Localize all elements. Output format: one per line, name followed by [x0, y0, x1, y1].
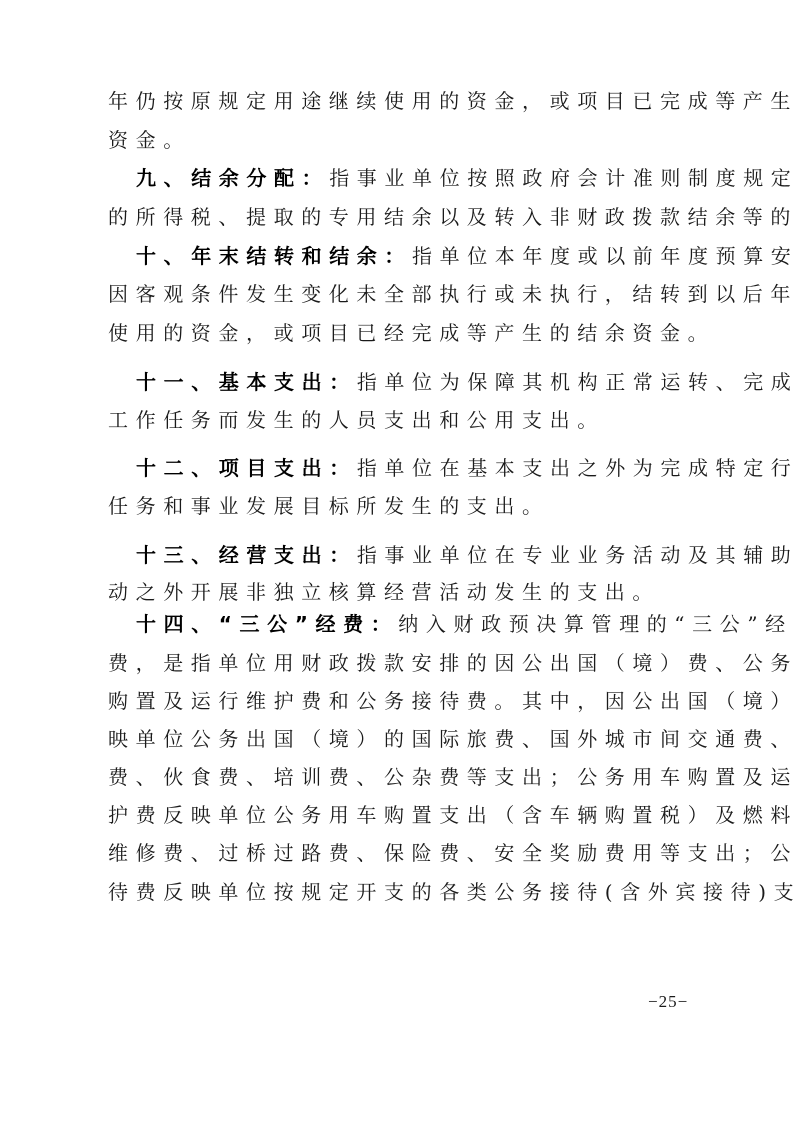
line-text: 年仍按原规定用途继续使用的资金，或项目已完成等产生的结余 [108, 89, 793, 113]
line-text: 资金。 [108, 128, 191, 152]
line-text: 待费反映单位按规定开支的各类公务接待(含外宾接待)支出。 [108, 880, 793, 904]
line-text: 纳入财政预决算管理的“三公”经 [398, 612, 792, 636]
line-text: 动之外开展非独立核算经营活动发生的支出。 [108, 580, 660, 604]
page-number: −25− [648, 992, 688, 1012]
section-heading-line: 十三、经营支出：指事业单位在专业业务活动及其辅助活 [136, 540, 716, 570]
text-line: 待费反映单位按规定开支的各类公务接待(含外宾接待)支出。 [108, 877, 688, 907]
section-heading-line: 十二、项目支出：指单位在基本支出之外为完成特定行政 [136, 453, 716, 483]
text-line: 任务和事业发展目标所发生的支出。 [108, 491, 688, 521]
line-text: 因客观条件发生变化未全部执行或未执行，结转到以后年度继续 [108, 282, 793, 306]
line-text: 使用的资金，或项目已经完成等产生的结余资金。 [108, 321, 715, 345]
section-term: 十四、“三公”经费： [136, 612, 398, 636]
line-text: 费，是指单位用财政拨款安排的因公出国（境）费、公务用车 [108, 651, 793, 675]
section-term: 九、结余分配： [136, 166, 329, 190]
text-line: 购置及运行维护费和公务接待费。其中，因公出国（境）费反 [108, 686, 688, 716]
text-line: 费、伙食费、培训费、公杂费等支出；公务用车购置及运行维 [108, 762, 688, 792]
text-line: 资金。 [108, 125, 688, 155]
section-heading-line: 九、结余分配：指事业单位按照政府会计准则制度规定缴纳 [136, 163, 716, 193]
text-line: 维修费、过桥过路费、保险费、安全奖励费用等支出；公务接 [108, 838, 688, 868]
section-heading-line: 十一、基本支出：指单位为保障其机构正常运转、完成日常 [136, 367, 716, 397]
line-text: 映单位公务出国（境）的国际旅费、国外城市间交通费、住宿 [108, 727, 793, 751]
text-line: 年仍按原规定用途继续使用的资金，或项目已完成等产生的结余 [108, 86, 688, 116]
section-term: 十、年末结转和结余： [136, 244, 412, 268]
text-line: 护费反映单位公务用车购置支出（含车辆购置税）及燃料费、 [108, 800, 688, 830]
line-text: 指事业单位按照政府会计准则制度规定缴纳 [329, 166, 793, 190]
section-heading-line: 十、年末结转和结余：指单位本年度或以前年度预算安排、 [136, 241, 716, 271]
line-text: 指单位在基本支出之外为完成特定行政 [357, 456, 793, 480]
line-text: 指单位本年度或以前年度预算安排、 [412, 244, 793, 268]
text-line: 费，是指单位用财政拨款安排的因公出国（境）费、公务用车 [108, 648, 688, 678]
line-text: 购置及运行维护费和公务接待费。其中，因公出国（境）费反 [108, 689, 793, 713]
text-line: 工作任务而发生的人员支出和公用支出。 [108, 405, 688, 435]
line-text: 指单位为保障其机构正常运转、完成日常 [357, 370, 793, 394]
document-page: 年仍按原规定用途继续使用的资金，或项目已完成等产生的结余资金。九、结余分配：指事… [0, 0, 793, 1122]
text-line: 因客观条件发生变化未全部执行或未执行，结转到以后年度继续 [108, 279, 688, 309]
section-term: 十三、经营支出： [136, 543, 357, 567]
line-text: 费、伙食费、培训费、公杂费等支出；公务用车购置及运行维 [108, 765, 793, 789]
line-text: 护费反映单位公务用车购置支出（含车辆购置税）及燃料费、 [108, 803, 793, 827]
line-text: 指事业单位在专业业务活动及其辅助活 [357, 543, 793, 567]
section-term: 十二、项目支出： [136, 456, 357, 480]
section-heading-line: 十四、“三公”经费：纳入财政预决算管理的“三公”经 [136, 609, 716, 639]
text-line: 动之外开展非独立核算经营活动发生的支出。 [108, 577, 688, 607]
text-line: 的所得税、提取的专用结余以及转入非财政拨款结余等的金额。 [108, 202, 688, 232]
line-text: 的所得税、提取的专用结余以及转入非财政拨款结余等的金额。 [108, 205, 793, 229]
line-text: 工作任务而发生的人员支出和公用支出。 [108, 408, 605, 432]
text-line: 映单位公务出国（境）的国际旅费、国外城市间交通费、住宿 [108, 724, 688, 754]
text-line: 使用的资金，或项目已经完成等产生的结余资金。 [108, 318, 688, 348]
section-term: 十一、基本支出： [136, 370, 357, 394]
line-text: 任务和事业发展目标所发生的支出。 [108, 494, 550, 518]
line-text: 维修费、过桥过路费、保险费、安全奖励费用等支出；公务接 [108, 841, 793, 865]
